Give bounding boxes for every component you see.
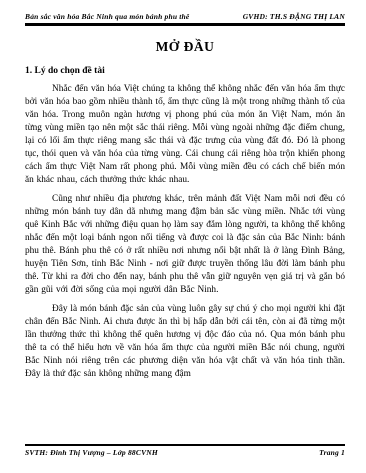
page-header: Bản sắc văn hóa Bắc Ninh qua món bánh ph… bbox=[25, 12, 345, 21]
document-body: Nhắc đến văn hóa Việt chúng ta không thể… bbox=[25, 83, 345, 381]
paragraph-2: Cũng như nhiều địa phương khác, trên mản… bbox=[25, 193, 345, 297]
document-page: Bản sắc văn hóa Bắc Ninh qua món bánh ph… bbox=[0, 0, 366, 473]
paragraph-3: Đây là món bánh đặc sản của vùng luôn gâ… bbox=[25, 303, 345, 381]
header-rule bbox=[25, 23, 345, 26]
header-document-title: Bản sắc văn hóa Bắc Ninh qua món bánh ph… bbox=[25, 12, 189, 21]
footer-rule bbox=[25, 444, 345, 447]
header-advisor-name: GVHD: TH.S ĐẶNG THỊ LAN bbox=[243, 12, 345, 21]
page-title: MỞ ĐẦU bbox=[25, 39, 345, 55]
paragraph-1: Nhắc đến văn hóa Việt chúng ta không thể… bbox=[25, 83, 345, 187]
footer-author-name: SVTH: Đinh Thị Vượng – Lớp 88CVNH bbox=[25, 448, 158, 457]
section-heading: 1. Lý do chọn đề tài bbox=[25, 66, 345, 76]
footer-page-number: Trang 1 bbox=[319, 448, 345, 457]
page-footer: SVTH: Đinh Thị Vượng – Lớp 88CVNH Trang … bbox=[25, 444, 345, 458]
